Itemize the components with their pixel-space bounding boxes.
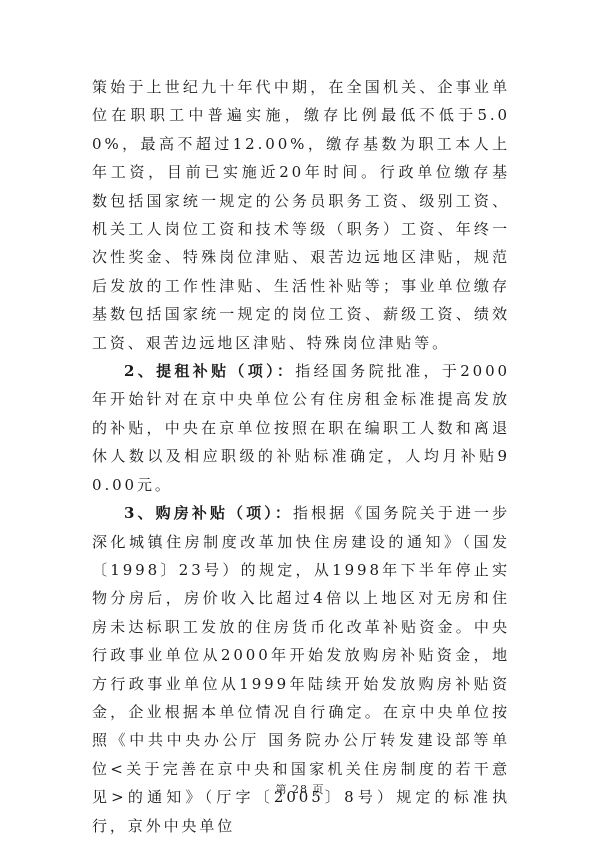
page-number: 第 28 页 xyxy=(0,781,600,797)
section-heading-housing-purchase-subsidy: 3、购房补贴（项）： xyxy=(124,504,293,522)
section-heading-rent-subsidy: 2、提租补贴（项）： xyxy=(124,362,295,380)
paragraph-text: 策始于上世纪九十年代中期，在全国机关、企事业单位在职职工中普遍实施，缴存比例最低… xyxy=(92,78,510,352)
paragraph-rent-subsidy: 2、提租补贴（项）：指经国务院批准，于2000年开始针对在京中央单位公有住房租金… xyxy=(92,357,510,499)
paragraph-continuation: 策始于上世纪九十年代中期，在全国机关、企事业单位在职职工中普遍实施，缴存比例最低… xyxy=(92,73,510,357)
paragraph-text: 指经国务院批准，于2000年开始针对在京中央单位公有住房租金标准提高发放的补贴，… xyxy=(92,362,510,494)
document-page: 策始于上世纪九十年代中期，在全国机关、企事业单位在职职工中普遍实施，缴存比例最低… xyxy=(92,73,510,840)
